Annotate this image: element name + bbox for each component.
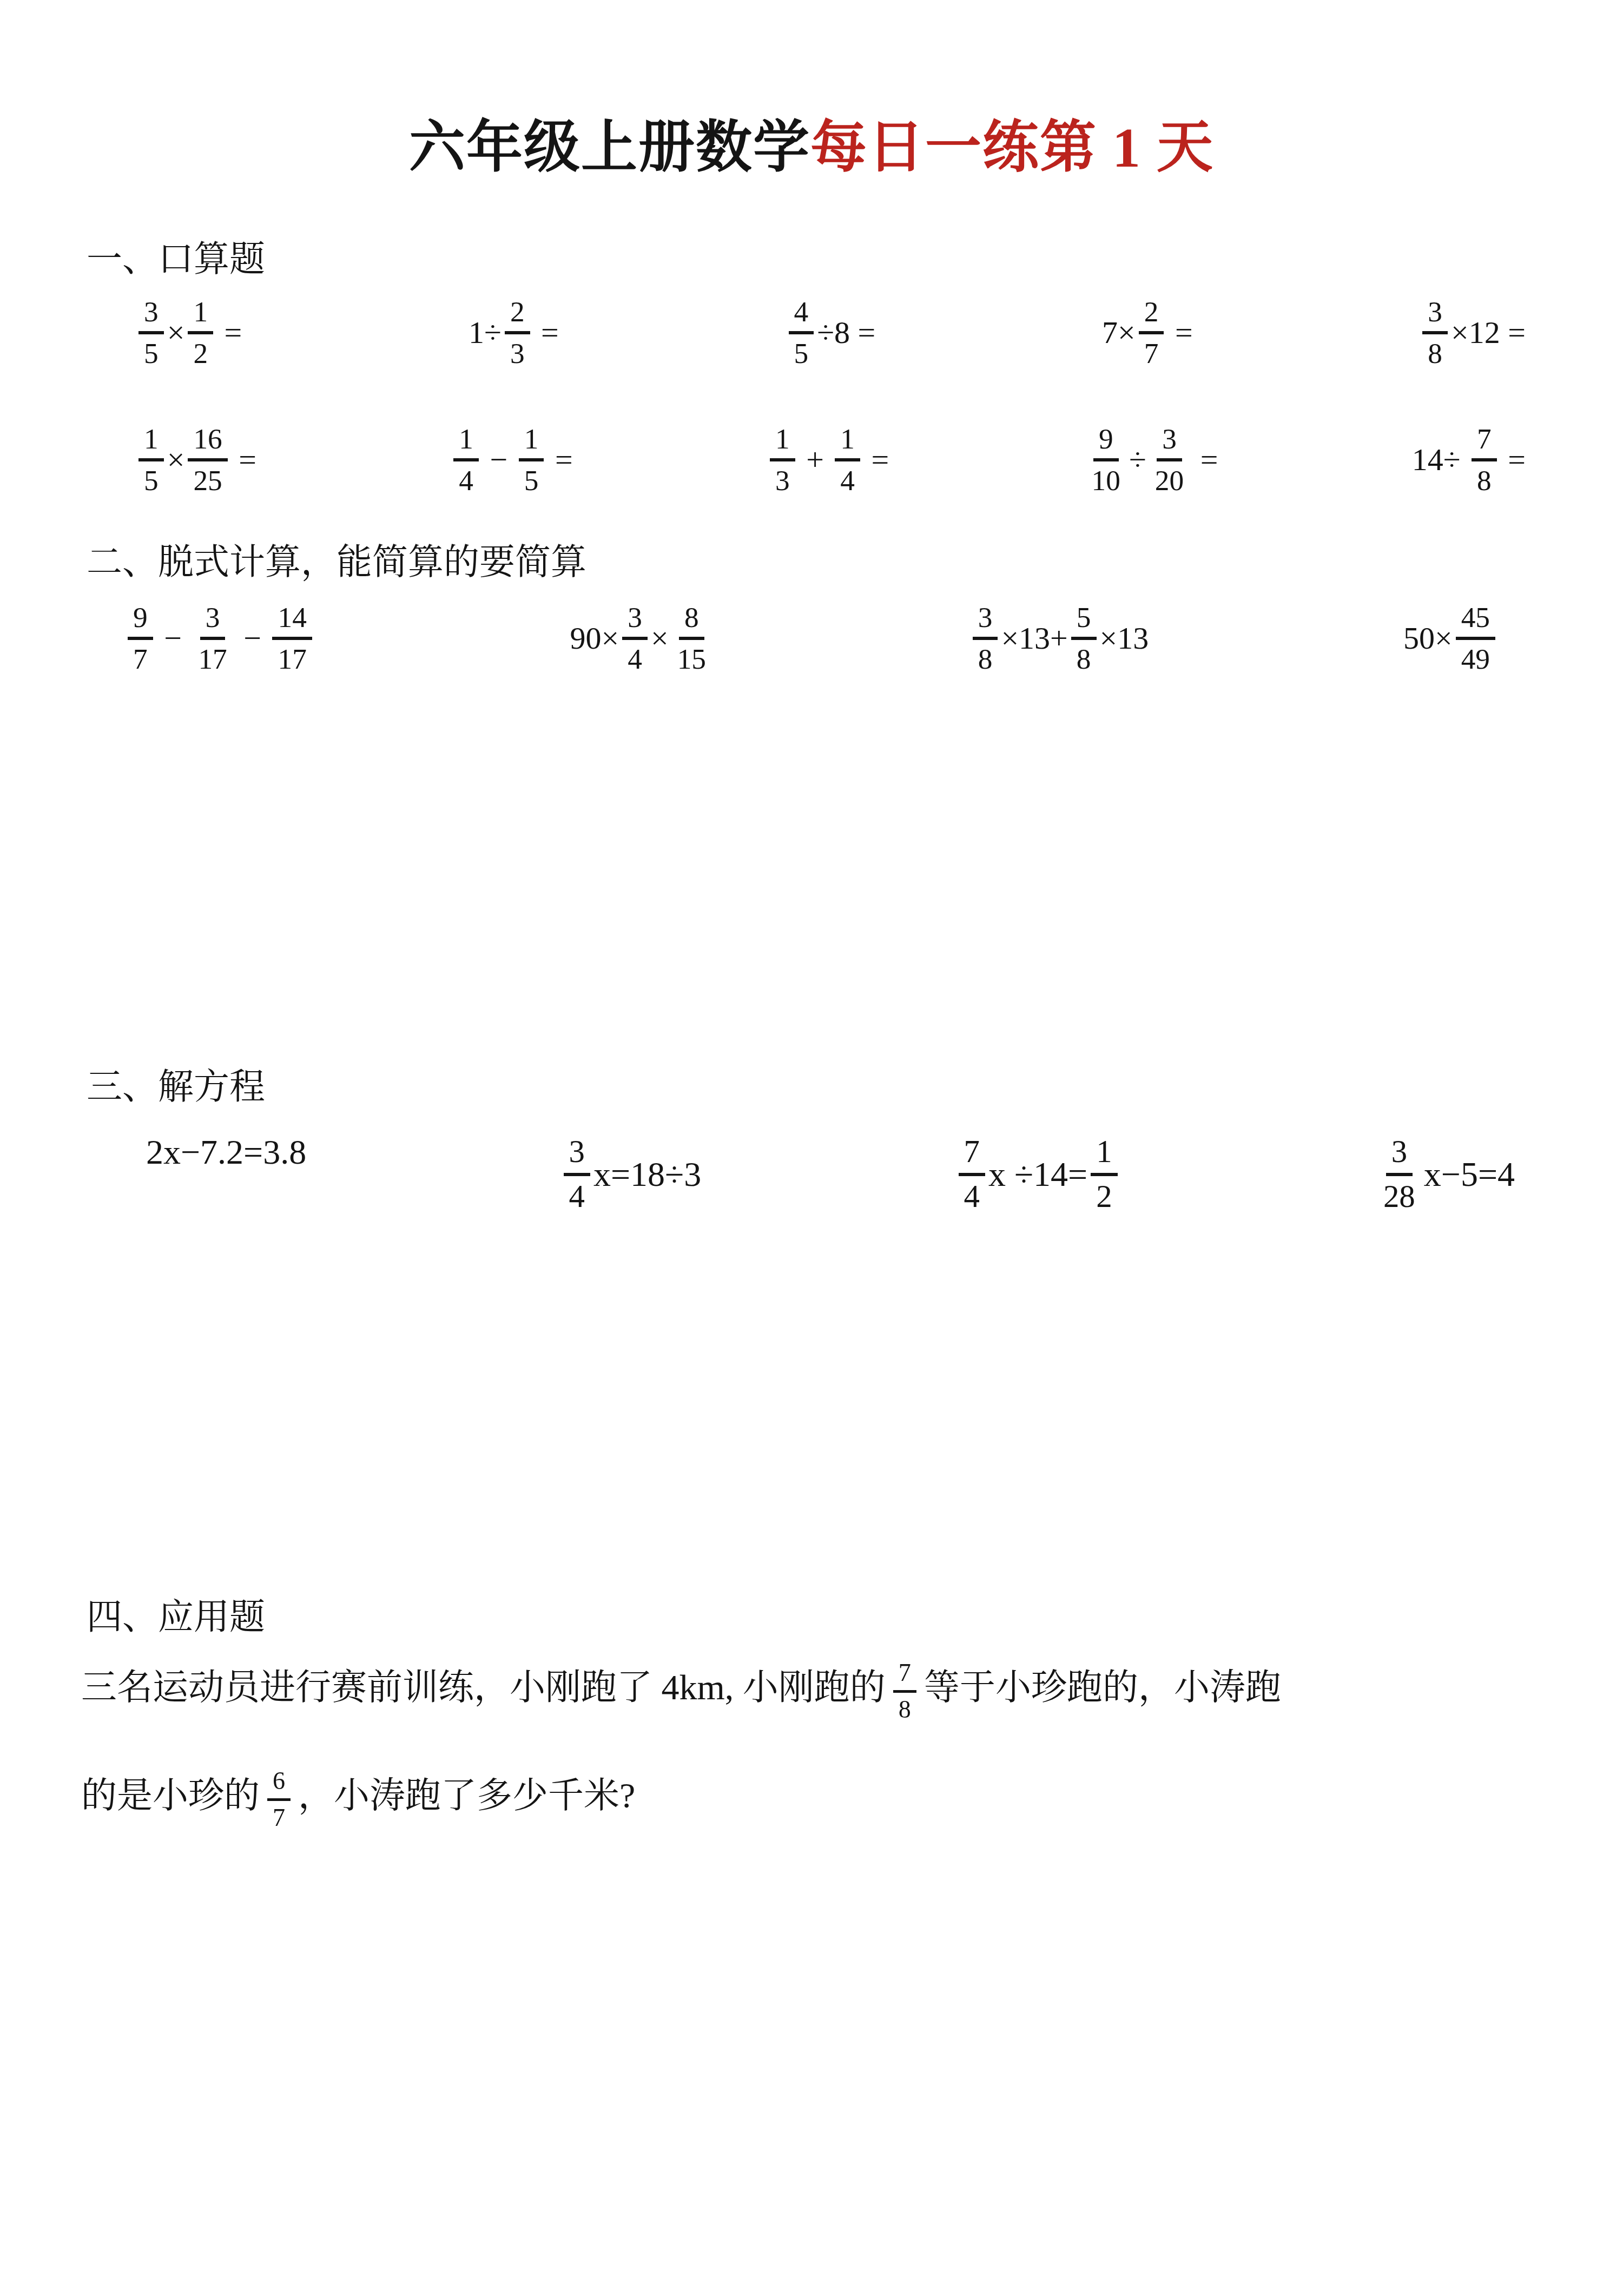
- fraction: 12: [1091, 1133, 1117, 1216]
- fraction-denominator: 4: [622, 640, 648, 676]
- fraction: 74: [959, 1133, 985, 1216]
- math-text: 7×: [1102, 315, 1136, 350]
- math-text: ×12 =: [1451, 315, 1526, 350]
- fraction-numerator: 4: [789, 295, 814, 334]
- fraction: 320: [1150, 422, 1189, 497]
- fraction: 45: [789, 295, 814, 370]
- fraction: 15: [519, 422, 544, 497]
- math-problem: 15×1625 =: [135, 422, 256, 497]
- math-text: =: [1192, 443, 1218, 477]
- fraction-numerator: 6: [267, 1766, 291, 1801]
- fraction: 14: [453, 422, 479, 497]
- math-text: ÷8 =: [817, 315, 875, 350]
- fraction-numerator: 7: [893, 1658, 916, 1693]
- fraction-numerator: 5: [1071, 601, 1097, 640]
- word-problem-line-2: 的是小珍的67，小涛跑了多少千米?: [81, 1766, 1563, 1833]
- fraction: 1625: [188, 422, 227, 497]
- math-text: =: [863, 443, 889, 477]
- fraction: 14: [835, 422, 860, 497]
- fraction-denominator: 17: [193, 640, 232, 676]
- page-title-black: 六年级上册数学: [409, 117, 810, 179]
- fraction-denominator: 8: [973, 640, 998, 676]
- math-text: −: [482, 443, 516, 477]
- fraction-denominator: 4: [959, 1176, 985, 1216]
- fraction-numerator: 2: [1139, 295, 1164, 334]
- math-text: ×: [651, 621, 669, 656]
- math-problem: 90×34×815: [570, 601, 715, 676]
- fraction-numerator: 1: [835, 422, 860, 461]
- fraction: 35: [138, 295, 164, 370]
- math-text: x=18÷3: [593, 1156, 701, 1193]
- math-problem: 14 − 15 =: [450, 422, 572, 497]
- fraction-numerator: 3: [200, 601, 226, 640]
- fraction-numerator: 9: [1093, 422, 1119, 461]
- math-problem: 50×4549: [1403, 601, 1499, 676]
- math-problem: 1÷23 =: [469, 295, 559, 370]
- math-text: =: [1500, 443, 1526, 477]
- page-title-red: 每日一练第 1 天: [810, 117, 1214, 179]
- fraction: 12: [188, 295, 213, 370]
- fraction-numerator: 3: [1157, 422, 1182, 461]
- fraction-numerator: 14: [272, 601, 312, 640]
- math-text: 2x−7.2=3.8: [146, 1133, 306, 1171]
- fraction-denominator: 25: [188, 461, 227, 498]
- fraction-numerator: 1: [1091, 1133, 1117, 1176]
- fraction-denominator: 2: [188, 334, 213, 371]
- fraction-numerator: 7: [959, 1133, 985, 1176]
- fraction-denominator: 5: [519, 461, 544, 498]
- math-problem: 13 + 14 =: [767, 422, 889, 497]
- fraction: 317: [193, 601, 232, 676]
- fraction: 27: [1139, 295, 1164, 370]
- fraction-numerator: 45: [1456, 601, 1495, 640]
- math-text: =: [216, 315, 242, 350]
- fraction: 58: [1071, 601, 1097, 676]
- fraction-numerator: 1: [138, 422, 164, 461]
- math-text: 50×: [1403, 621, 1453, 656]
- math-text: 的是小珍的: [81, 1776, 260, 1816]
- fraction-denominator: 8: [1422, 334, 1448, 371]
- fraction-numerator: 3: [138, 295, 164, 334]
- fraction: 34: [564, 1133, 590, 1216]
- section-heading-equations: 三、解方程: [87, 1058, 265, 1109]
- fraction: 815: [672, 601, 711, 676]
- math-problem: 34x=18÷3: [560, 1133, 702, 1216]
- fraction-numerator: 16: [188, 422, 227, 461]
- fraction: 34: [622, 601, 648, 676]
- math-text: −: [156, 621, 190, 656]
- fraction-denominator: 7: [267, 1801, 291, 1833]
- fraction-denominator: 15: [672, 640, 711, 676]
- fraction-numerator: 9: [128, 601, 153, 640]
- math-text: =: [547, 443, 572, 477]
- fraction: 78: [1472, 422, 1497, 497]
- math-text: 90×: [570, 621, 619, 656]
- equation-problems-row: 2x−7.2=3.834x=18÷374x ÷14=12328x−5=4: [0, 1133, 1623, 1216]
- section-heading-word-problem: 四、应用题: [87, 1588, 265, 1639]
- fraction: 97: [128, 601, 153, 676]
- worksheet-page: 六年级上册数学每日一练第 1 天 一、口算题 35×12 =1÷23 =45÷8…: [0, 0, 1623, 2296]
- section-heading-oral: 一、口算题: [87, 230, 265, 281]
- math-text: x ÷14=: [988, 1156, 1087, 1193]
- fraction-numerator: 1: [770, 422, 795, 461]
- math-problem: 910÷320 =: [1083, 422, 1218, 497]
- fraction: 23: [505, 295, 530, 370]
- math-problem: 7×27 =: [1102, 295, 1193, 370]
- fraction-denominator: 4: [564, 1176, 590, 1216]
- math-text: =: [1167, 315, 1192, 350]
- oral-problems-row-1: 35×12 =1÷23 =45÷8 =7×27 =38×12 =: [0, 295, 1623, 370]
- fraction-denominator: 49: [1456, 640, 1495, 676]
- fraction-numerator: 2: [505, 295, 530, 334]
- word-problem-line-1: 三名运动员进行赛前训练，小刚跑了 4km, 小刚跑的78等于小珍跑的，小涛跑: [81, 1658, 1563, 1725]
- fraction: 1417: [272, 601, 312, 676]
- fraction-denominator: 7: [128, 640, 153, 676]
- fraction-denominator: 8: [893, 1693, 916, 1725]
- math-text: 14÷: [1412, 443, 1468, 477]
- fraction-denominator: 20: [1150, 461, 1189, 498]
- fraction-denominator: 7: [1139, 334, 1164, 371]
- math-text: =: [533, 315, 559, 350]
- math-problem: 97 − 317 − 1417: [124, 601, 315, 676]
- fraction-denominator: 17: [272, 640, 312, 676]
- fraction: 38: [1422, 295, 1448, 370]
- math-text: ×13: [1100, 621, 1149, 656]
- math-problem: 328x−5=4: [1375, 1133, 1515, 1216]
- fraction: 4549: [1456, 601, 1495, 676]
- math-problem: 45÷8 =: [786, 295, 876, 370]
- math-text: x−5=4: [1424, 1156, 1515, 1193]
- fraction: 328: [1378, 1133, 1421, 1216]
- math-text: 三名运动员进行赛前训练，小刚跑了 4km, 小刚跑的: [81, 1668, 886, 1707]
- math-problem: 38×12 =: [1419, 295, 1526, 370]
- fraction-denominator: 10: [1086, 461, 1126, 498]
- fraction-numerator: 8: [679, 601, 704, 640]
- fraction-numerator: 3: [1422, 295, 1448, 334]
- fraction: 67: [267, 1766, 291, 1833]
- math-problem: 2x−7.2=3.8: [146, 1133, 306, 1171]
- fraction: 15: [138, 422, 164, 497]
- fraction-denominator: 5: [138, 334, 164, 371]
- fraction-denominator: 28: [1378, 1176, 1421, 1216]
- math-text: ×: [167, 443, 185, 477]
- fraction-denominator: 5: [789, 334, 814, 371]
- math-problem: 14÷ 78 =: [1412, 422, 1526, 497]
- math-text: =: [231, 443, 256, 477]
- math-problem: 74x ÷14=12: [955, 1133, 1121, 1216]
- fraction: 910: [1086, 422, 1126, 497]
- fraction-denominator: 3: [505, 334, 530, 371]
- fraction-numerator: 1: [188, 295, 213, 334]
- fraction-denominator: 8: [1071, 640, 1097, 676]
- math-text: ×13+: [1001, 621, 1067, 656]
- math-text: ÷: [1129, 443, 1146, 477]
- math-text: +: [799, 443, 832, 477]
- math-text: 等于小珍跑的，小涛跑: [924, 1668, 1281, 1707]
- fraction-denominator: 2: [1091, 1176, 1117, 1216]
- fraction-numerator: 3: [973, 601, 998, 640]
- fraction: 78: [893, 1658, 916, 1725]
- fraction: 13: [770, 422, 795, 497]
- fraction-numerator: 7: [1472, 422, 1497, 461]
- math-text: ，小涛跑了多少千米?: [298, 1776, 635, 1816]
- fraction: 38: [973, 601, 998, 676]
- fraction-denominator: 5: [138, 461, 164, 498]
- math-text: ×: [167, 315, 185, 350]
- fraction-numerator: 3: [1386, 1133, 1413, 1176]
- page-title: 六年级上册数学每日一练第 1 天: [0, 102, 1623, 183]
- stepwise-problems-row: 97 − 317 − 141790×34×81538×13+58×1350×45…: [0, 601, 1623, 676]
- fraction-numerator: 1: [519, 422, 544, 461]
- math-text: −: [236, 621, 269, 656]
- math-text: 1÷: [469, 315, 502, 350]
- fraction-numerator: 3: [622, 601, 648, 640]
- fraction-numerator: 1: [453, 422, 479, 461]
- fraction-denominator: 8: [1472, 461, 1497, 498]
- fraction-denominator: 3: [770, 461, 795, 498]
- fraction-denominator: 4: [453, 461, 479, 498]
- math-problem: 38×13+58×13: [969, 601, 1149, 676]
- fraction-denominator: 4: [835, 461, 860, 498]
- oral-problems-row-2: 15×1625 =14 − 15 =13 + 14 =910÷320 =14÷ …: [0, 422, 1623, 497]
- fraction-numerator: 3: [564, 1133, 590, 1176]
- math-problem: 35×12 =: [135, 295, 242, 370]
- section-heading-stepwise: 二、脱式计算，能简算的要简算: [87, 533, 586, 584]
